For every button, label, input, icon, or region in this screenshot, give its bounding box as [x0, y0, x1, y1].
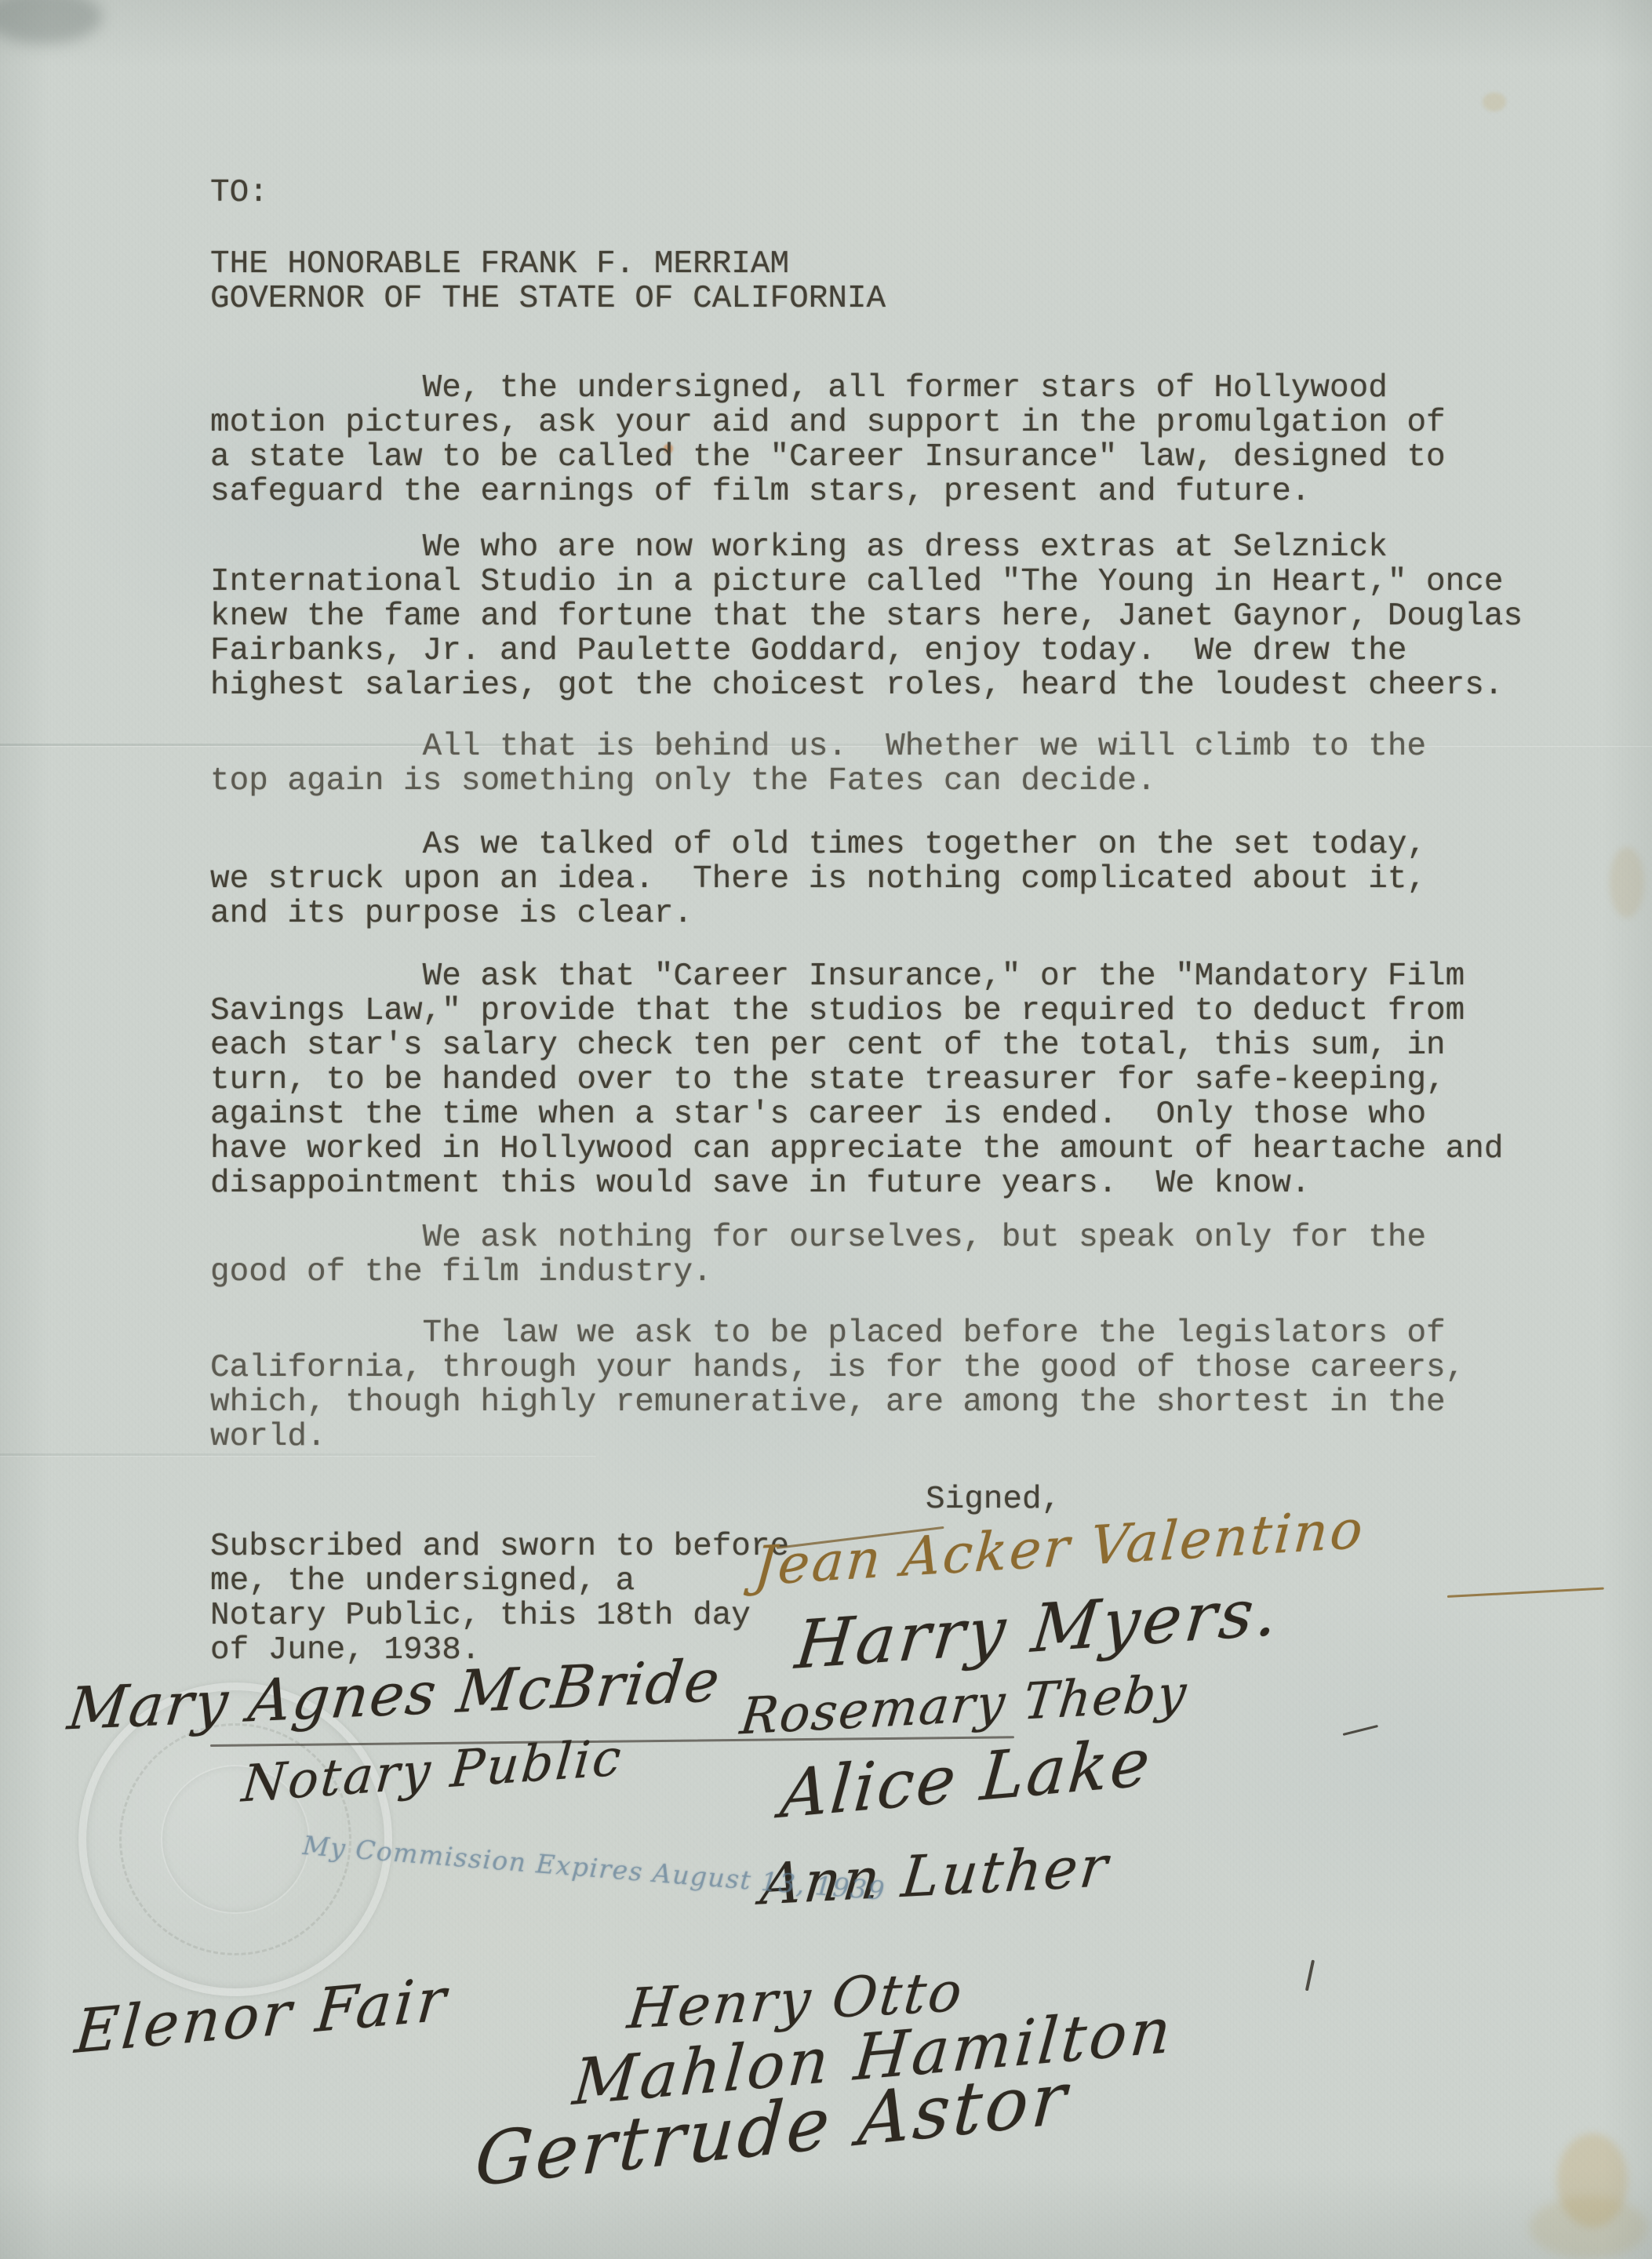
pen-trailing-dash	[1447, 1588, 1604, 1598]
pen-tick-mark	[1305, 1959, 1315, 1991]
scan-edge-shadow	[0, 0, 102, 44]
stain-spot	[1610, 847, 1644, 918]
signed-label: Signed,	[926, 1482, 1061, 1517]
paragraph-4: As we talked of old times together on th…	[210, 828, 1426, 931]
stain-spot	[1530, 2196, 1647, 2259]
paragraph-7: The law we ask to be placed before the l…	[210, 1316, 1465, 1454]
notary-attestation-block: Subscribed and sworn to before me, the u…	[210, 1530, 789, 1668]
paragraph-5: We ask that "Career Insurance," or the "…	[210, 959, 1503, 1201]
to-label: TO:	[210, 176, 268, 210]
stain-spot	[1557, 2133, 1628, 2228]
stain-spot	[1483, 93, 1506, 111]
paragraph-1: We, the undersigned, all former stars of…	[210, 371, 1446, 509]
paragraph-3: All that is behind us. Whether we will c…	[210, 729, 1426, 798]
letter-page: TO: THE HONORABLE FRANK F. MERRIAM GOVER…	[0, 0, 1652, 2259]
pen-dash	[1343, 1725, 1378, 1736]
paragraph-6: We ask nothing for ourselves, but speak …	[210, 1220, 1426, 1290]
paragraph-2: We who are now working as dress extras a…	[210, 530, 1523, 703]
recipient-address: THE HONORABLE FRANK F. MERRIAM GOVERNOR …	[210, 247, 886, 316]
